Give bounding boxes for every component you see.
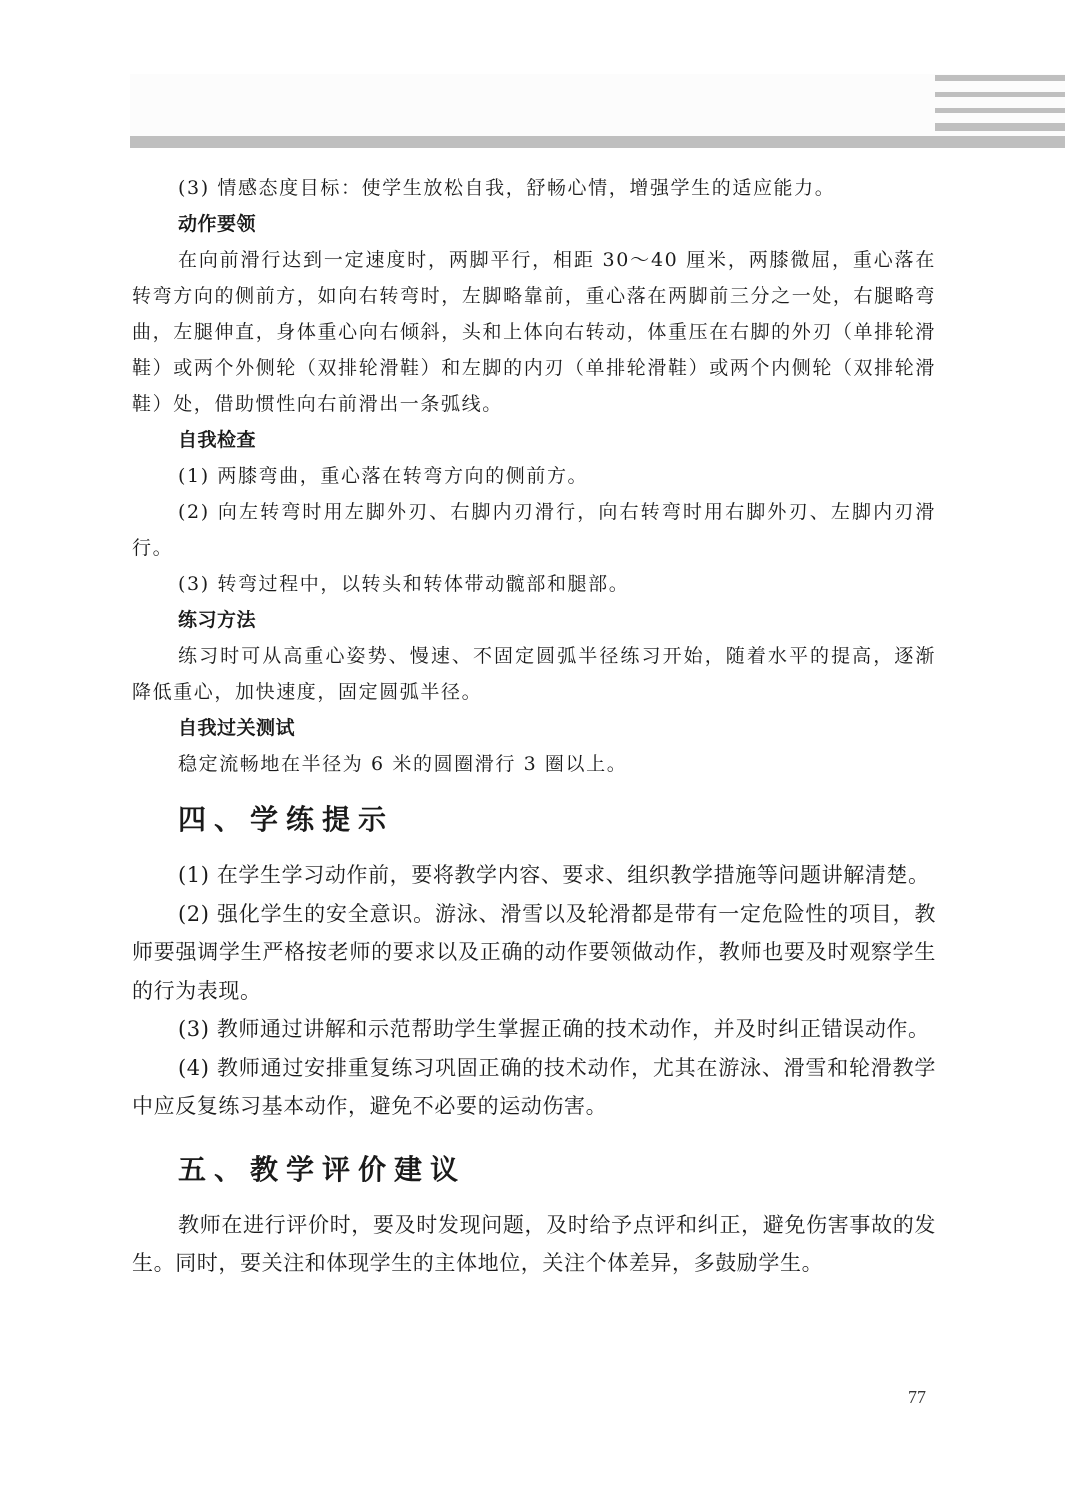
header-stripe — [935, 123, 1065, 131]
header-stripe — [935, 75, 1065, 81]
practice-method-text: 练习时可从高重心姿势、慢速、不固定圆弧半径练习开始，随着水平的提高，逐渐降低重心… — [132, 638, 936, 710]
self-check-item: (2) 向左转弯时用左脚外刃、右脚内刃滑行，向右转弯时用右脚外刃、左脚内刃滑行。 — [132, 494, 936, 566]
section-title-evaluation: 五、教学评价建议 — [132, 1148, 936, 1188]
header-stripe — [935, 108, 1065, 113]
heading-self-test: 自我过关测试 — [132, 710, 936, 746]
header-band — [130, 74, 1065, 136]
tip-item: (4) 教师通过安排重复练习巩固正确的技术动作，尤其在游泳、滑雪和轮滑教学中应反… — [132, 1049, 936, 1126]
self-check-item: (3) 转弯过程中，以转头和转体带动髋部和腿部。 — [132, 566, 936, 602]
section-title-learning-tips: 四、学练提示 — [132, 798, 936, 838]
heading-action-essentials: 动作要领 — [132, 206, 936, 242]
goal-affective: (3) 情感态度目标：使学生放松自我，舒畅心情，增强学生的适应能力。 — [132, 170, 936, 206]
tip-item: (2) 强化学生的安全意识。游泳、滑雪以及轮滑都是带有一定危险性的项目，教师要强… — [132, 895, 936, 1011]
action-essentials-text: 在向前滑行达到一定速度时，两脚平行，相距 30～40 厘米，两膝微屈，重心落在转… — [132, 242, 936, 422]
heading-practice-method: 练习方法 — [132, 602, 936, 638]
heading-self-check: 自我检查 — [132, 422, 936, 458]
tip-item: (3) 教师通过讲解和示范帮助学生掌握正确的技术动作，并及时纠正错误动作。 — [132, 1010, 936, 1049]
header-bar — [130, 136, 1065, 148]
page-number: 77 — [908, 1387, 926, 1408]
self-check-item: (1) 两膝弯曲，重心落在转弯方向的侧前方。 — [132, 458, 936, 494]
page-content: (3) 情感态度目标：使学生放松自我，舒畅心情，增强学生的适应能力。 动作要领 … — [132, 170, 936, 1283]
evaluation-text: 教师在进行评价时，要及时发现问题，及时给予点评和纠正，避免伤害事故的发生。同时，… — [132, 1206, 936, 1283]
header-stripe — [935, 92, 1065, 97]
tip-item: (1) 在学生学习动作前，要将教学内容、要求、组织教学措施等问题讲解清楚。 — [132, 856, 936, 895]
self-test-text: 稳定流畅地在半径为 6 米的圆圈滑行 3 圈以上。 — [132, 746, 936, 782]
